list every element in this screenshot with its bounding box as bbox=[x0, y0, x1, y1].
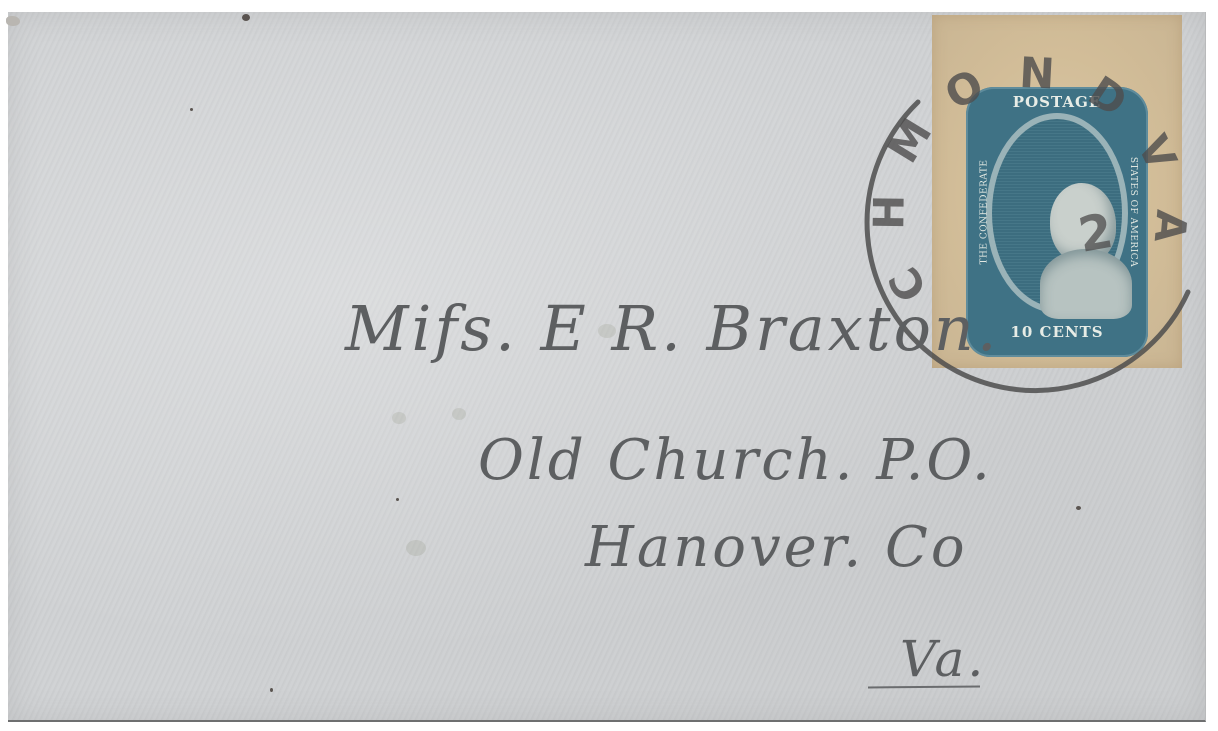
ink-spot bbox=[270, 688, 273, 692]
svg-text:D: D bbox=[1080, 66, 1136, 126]
foxing-stain bbox=[392, 412, 406, 424]
ink-spot bbox=[190, 108, 193, 111]
torn-corner bbox=[6, 16, 20, 26]
foxing-stain bbox=[406, 540, 426, 556]
address-recipient: Mifs. E R. Braxton. bbox=[345, 292, 1000, 365]
svg-text:2: 2 bbox=[1074, 203, 1117, 264]
svg-text:O: O bbox=[937, 59, 991, 119]
ink-spot bbox=[242, 14, 250, 21]
address-county: Hanover. Co bbox=[585, 515, 968, 580]
ink-spot bbox=[1076, 506, 1081, 510]
svg-text:M: M bbox=[878, 110, 942, 171]
address-state: Va. bbox=[900, 630, 986, 688]
svg-text:A: A bbox=[1145, 208, 1197, 245]
svg-text:N: N bbox=[1018, 48, 1056, 99]
foxing-stain bbox=[452, 408, 466, 420]
svg-text:H: H bbox=[864, 194, 913, 230]
svg-text:V: V bbox=[1128, 128, 1186, 179]
address-post-office: Old Church. P.O. bbox=[478, 428, 993, 493]
ink-spot bbox=[396, 498, 399, 501]
